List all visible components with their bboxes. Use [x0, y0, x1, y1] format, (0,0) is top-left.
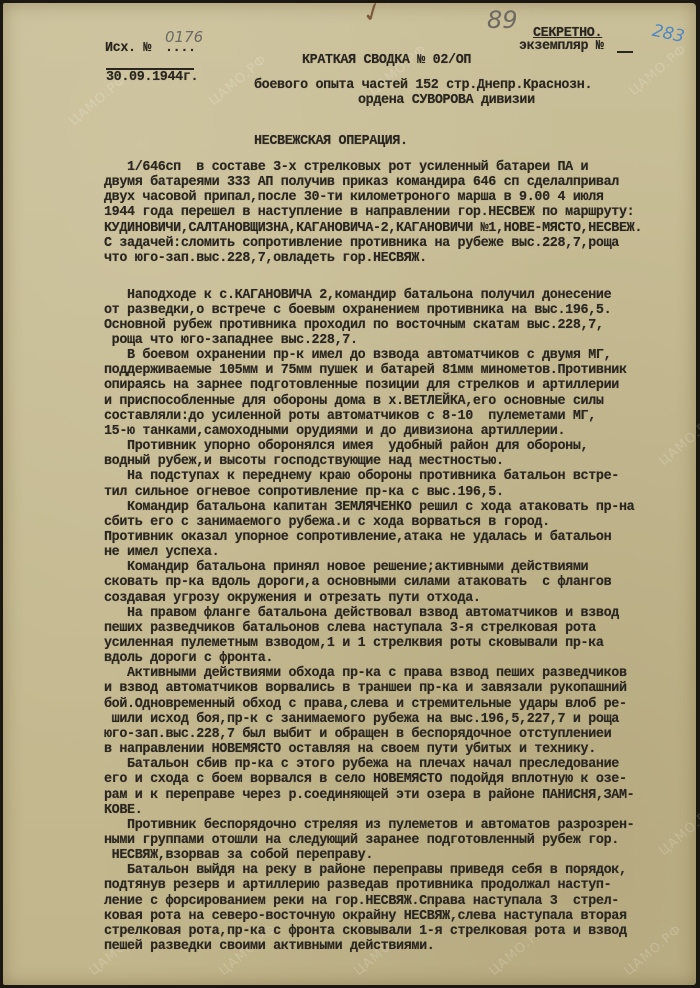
- body-line: Наподходе к с.КАГАНОВИЧА 2,командир бата…: [104, 288, 611, 303]
- body-line: роща что юго-западнее выс.228,7.: [104, 333, 358, 348]
- copy-blank: [617, 51, 633, 53]
- outgoing-number-handwritten: 0176: [165, 28, 203, 46]
- body-line: двух часовой припал,после 30-ти километр…: [104, 190, 604, 205]
- body-line: ными группами отошли на следующий заране…: [104, 833, 619, 848]
- body-line: Батальон выйдя на реку в районе переправ…: [104, 863, 627, 878]
- document-date: 30.09.1944г.: [106, 70, 198, 85]
- body-line: В боевом охранении пр-к имел до взвода а…: [104, 348, 611, 363]
- body-line: Противник оказал упорное сопротивление,а…: [104, 530, 611, 545]
- body-line: Противник упорно оборонялся имея удобный…: [104, 439, 588, 454]
- body-line: подтянув резерв и артиллерию разведав пр…: [104, 878, 611, 893]
- body-line: в направлении НОВЕМЯСТО оставляя на свое…: [104, 742, 596, 757]
- body-line: опираясь на зарнее подготовленные позици…: [104, 378, 619, 393]
- body-line: КУДИНОВИЧИ,САЛТАНОВЩИЗНА,КАГАНОВИЧА-2,КА…: [104, 221, 642, 236]
- body-line: и приспособленные для обороны дома в х.В…: [104, 394, 604, 409]
- watermark: ЦАМО.РФ: [656, 802, 700, 859]
- body-line: составляли:до усиленной роты автоматчико…: [104, 409, 596, 424]
- body-line: С задачей:сломить сопротивление противни…: [104, 236, 619, 251]
- document-subtitle-line1: боевого опыта частей 152 стр.Днепр.Красн…: [254, 78, 592, 93]
- body-line: Активными действиями обхода пр-ка с прав…: [104, 666, 627, 681]
- body-line: КОВЕ.: [104, 803, 142, 818]
- body-line: Батальон сбив пр-ка с этого рубежа на пл…: [104, 757, 619, 772]
- body-line: водный рубеж,и высоты господствующие над…: [104, 454, 504, 469]
- section-heading: НЕСВЕЖСКАЯ ОПЕРАЦИЯ.: [254, 134, 408, 149]
- body-line: что юго-зап.выс.228,7,овладеть гор.НЕСВЯ…: [104, 251, 427, 266]
- body-line: ковая рота на северо-восточную окрайну Н…: [104, 909, 627, 924]
- body-line: 1/646сп в составе 3-х стрелковых рот уси…: [104, 160, 588, 175]
- body-line: 1944 года перешел в наступление в направ…: [104, 205, 634, 220]
- body-line: и взвод автоматчиков ворвались в траншеи…: [104, 681, 627, 696]
- body-line: Командир батальона капитан ЗЕМЛЯЧЕНКО ре…: [104, 500, 634, 515]
- body-line: тил сильное огневое сопротивление пр-ка …: [104, 485, 504, 500]
- body-line: ление с форсированием реки на гор.НЕСВЯЖ…: [104, 894, 619, 909]
- body-line: сбить его с занимаемого рубежа.и с хода …: [104, 515, 550, 530]
- body-line: создавая угрозу окружения и отрезать пут…: [104, 591, 481, 606]
- body-line: рам и к переправе через р.соединяющей эт…: [104, 788, 634, 803]
- body-line: Противник беспорядочно стреляя из пулеме…: [104, 818, 634, 833]
- copy-label: экземпляр №: [519, 39, 604, 54]
- body-line: не имел успеха.: [104, 545, 219, 560]
- body-line: Командир батальона принял новое решение;…: [104, 560, 588, 575]
- body-line: 15-ю танками,самоходными орудиями и до д…: [104, 424, 565, 439]
- body-line: бой.Одновременный обход с права,слева и …: [104, 697, 627, 712]
- body-line: вдоль дороги с фронта.: [104, 651, 273, 666]
- body-line: сковать пр-ка вдоль дороги,а основными с…: [104, 575, 611, 590]
- body-line: шили исход боя,пр-к с занимаемого рубежа…: [104, 712, 619, 727]
- body-line: пешей разведки своими активными действия…: [104, 939, 435, 954]
- body-line: На правом фланге батальона действовал вз…: [104, 606, 619, 621]
- body-line: усиленная пулеметным взводом,1 и 1 стрел…: [104, 636, 604, 651]
- watermark: ЦАМО.РФ: [621, 922, 685, 979]
- page-number-pencil: 89: [487, 6, 518, 34]
- watermark: ЦАМО.РФ: [656, 412, 700, 469]
- body-line: от разведки,о встрече с боевым охранение…: [104, 303, 611, 318]
- watermark: ЦАМО.РФ: [626, 42, 690, 99]
- body-line: стрелковая рота,пр-ка с фронта сковывали…: [104, 924, 627, 939]
- outgoing-label: Исх. №: [105, 41, 151, 56]
- body-line: двумя батареями 333 АП получив приказ ко…: [104, 175, 619, 190]
- document-subtitle-line2: ордена СУВОРОВА дивизии: [358, 93, 535, 108]
- document-title: КРАТКАЯ СВОДКА № 02/ОП: [302, 53, 471, 68]
- body-line: Основной рубеж противника проходил по во…: [104, 318, 604, 333]
- body-line: его и схода с боем ворвался в село НОВЕМ…: [104, 772, 627, 787]
- body-line: На подступах к переднему краю обороны пр…: [104, 469, 619, 484]
- body-line: НЕСВЯЖ,взорвав за собой переправу.: [104, 848, 373, 863]
- body-line: поддерживаемые 105мм и 75мм пушек и бата…: [104, 363, 627, 378]
- body-line: пеших разведчиков батальонов слева насту…: [104, 621, 596, 636]
- body-line: юго-зап.выс.228,7 был выбит и обращен в …: [104, 727, 611, 742]
